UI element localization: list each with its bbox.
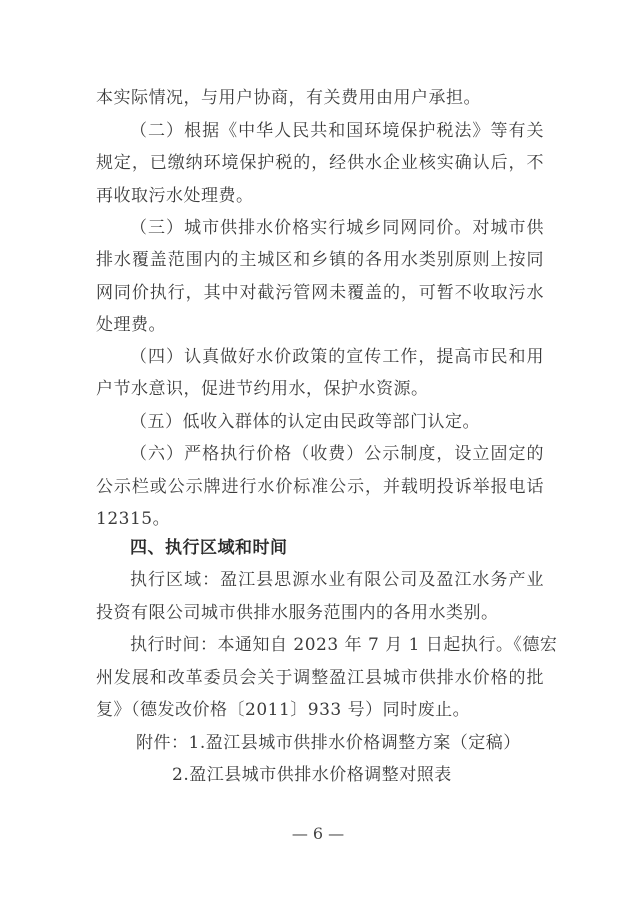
page-number: — 6 —	[0, 824, 636, 843]
paragraph-line: （五）低收入群体的认定由民政等部门认定。	[130, 406, 544, 438]
paragraph-line: （二）根据《中华人民共和国环境保护税法》等有关	[130, 115, 544, 147]
paragraph-line: 执行时间：本通知自 2023 年 7 月 1 日起执行。《德宏	[130, 629, 544, 661]
paragraph-line: 本实际情况，与用户协商，有关费用由用户承担。	[96, 82, 544, 114]
attachment-item: 2.盈江县城市供排水价格调整对照表	[172, 759, 452, 791]
paragraph-line: 12315。	[96, 503, 544, 535]
paragraph-line: （四）认真做好水价政策的宣传工作，提高市民和用	[130, 341, 544, 373]
paragraph-line: 公示栏或公示牌进行水价标准公示，并载明投诉举报电话	[96, 471, 544, 503]
paragraph-line: 网同价执行，其中对截污管网未覆盖的，可暂不收取污水	[96, 277, 544, 309]
paragraph-line: （三）城市供排水价格实行城乡同网同价。对城市供	[130, 212, 544, 244]
paragraph-line: 规定，已缴纳环境保护税的，经供水企业核实确认后，不	[96, 147, 544, 179]
paragraph-line: 执行区域：盈江县思源水业有限公司及盈江水务产业	[130, 564, 544, 596]
document-page: 本实际情况，与用户协商，有关费用由用户承担。 （二）根据《中华人民共和国环境保护…	[0, 0, 636, 900]
paragraph-line: 州发展和改革委员会关于调整盈江县城市供排水价格的批	[96, 662, 544, 694]
paragraph-line: 户节水意识，促进节约用水，保护水资源。	[96, 373, 544, 405]
paragraph-line: 复》（德发改价格〔2011〕933 号）同时废止。	[96, 694, 544, 726]
paragraph-line: （六）严格执行价格（收费）公示制度，设立固定的	[130, 438, 544, 470]
paragraph-line: 投资有限公司城市供排水服务范围内的各用水类别。	[96, 597, 544, 629]
section-heading: 四、执行区域和时间	[130, 532, 288, 564]
attachment-item: 附件：1.盈江县城市供排水价格调整方案（定稿）	[136, 727, 521, 759]
paragraph-line: 再收取污水处理费。	[96, 180, 544, 212]
paragraph-line: 排水覆盖范围内的主城区和乡镇的各用水类别原则上按同	[96, 244, 544, 276]
paragraph-line: 处理费。	[96, 309, 544, 341]
